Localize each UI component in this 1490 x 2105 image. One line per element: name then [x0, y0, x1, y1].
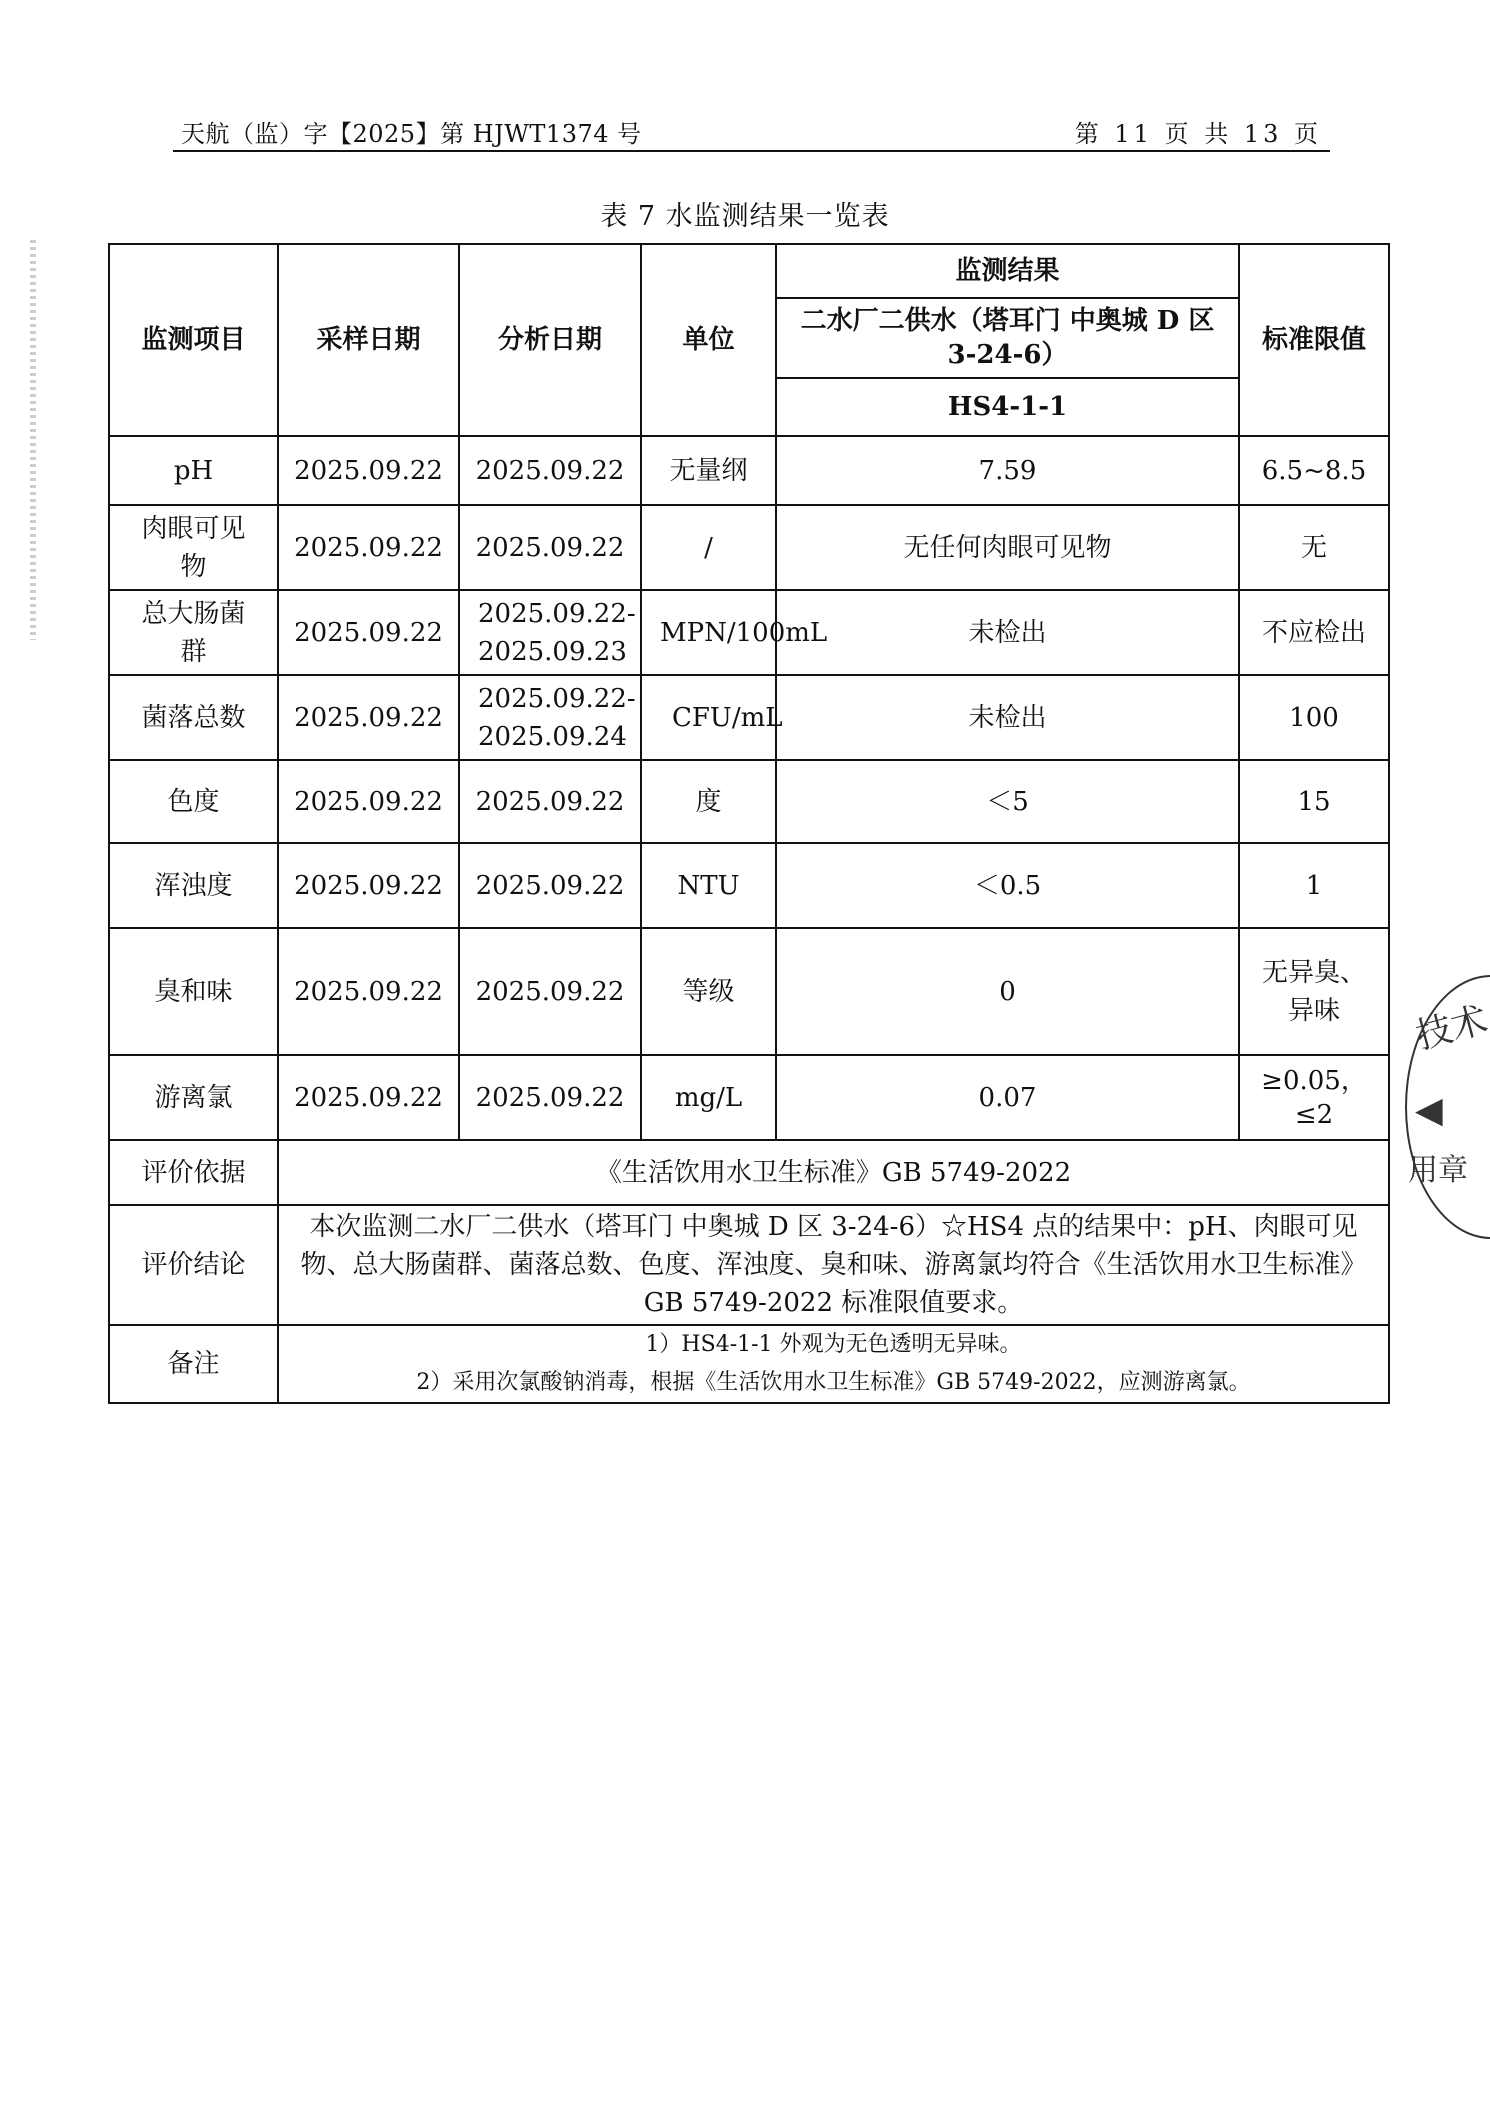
header-item: 监测项目: [109, 244, 278, 436]
cell-sampling-date: 2025.09.22: [278, 505, 459, 590]
cell-result: 未检出: [776, 590, 1239, 675]
water-monitoring-results-table: 监测项目 采样日期 分析日期 单位 监测结果 标准限值 二水厂二供水（塔耳门 中…: [108, 243, 1390, 1404]
page-indicator: 第 11 页 共 13 页: [1075, 114, 1322, 149]
cell-unit: mg/L: [641, 1055, 776, 1140]
remarks-row: 备注 1）HS4-1-1 外观为无色透明无异味。 2）采用次氯酸钠消毒，根据《生…: [109, 1325, 1389, 1403]
cell-unit: 等级: [641, 928, 776, 1055]
cell-unit: NTU: [641, 843, 776, 928]
cell-item: 浑浊度: [109, 843, 278, 928]
cell-item: 菌落总数: [109, 675, 278, 760]
header-result-group: 监测结果: [776, 244, 1239, 298]
cell-analysis-date: 2025.09.22-2025.09.23: [459, 590, 641, 675]
cell-unit: CFU/mL: [641, 675, 776, 760]
table-row: 臭和味 2025.09.22 2025.09.22 等级 0 无异臭、异味: [109, 928, 1389, 1055]
cell-sampling-date: 2025.09.22: [278, 760, 459, 843]
table-row: 浑浊度 2025.09.22 2025.09.22 NTU ＜0.5 1: [109, 843, 1389, 928]
table-row: 菌落总数 2025.09.22 2025.09.22-2025.09.24 CF…: [109, 675, 1389, 760]
stamp-text-bottom: 用章: [1408, 1145, 1468, 1189]
cell-item: 臭和味: [109, 928, 278, 1055]
cell-item: pH: [109, 436, 278, 505]
cell-result: 无任何肉眼可见物: [776, 505, 1239, 590]
cell-result: 未检出: [776, 675, 1239, 760]
cell-analysis-date: 2025.09.22: [459, 760, 641, 843]
cell-result: 0.07: [776, 1055, 1239, 1140]
header-standard: 标准限值: [1239, 244, 1389, 436]
basis-text: 《生活饮用水卫生标准》GB 5749-2022: [278, 1140, 1389, 1205]
conclusion-label: 评价结论: [109, 1205, 278, 1325]
cell-sampling-date: 2025.09.22: [278, 590, 459, 675]
cell-sampling-date: 2025.09.22: [278, 436, 459, 505]
cell-standard: 100: [1239, 675, 1389, 760]
cell-standard: 无: [1239, 505, 1389, 590]
cell-item: 总大肠菌群: [109, 590, 278, 675]
header-unit: 单位: [641, 244, 776, 436]
cell-sampling-date: 2025.09.22: [278, 843, 459, 928]
cell-sampling-date: 2025.09.22: [278, 928, 459, 1055]
cell-result: ＜0.5: [776, 843, 1239, 928]
cell-result: 0: [776, 928, 1239, 1055]
header-sampling-date: 采样日期: [278, 244, 459, 436]
table-row: 肉眼可见物 2025.09.22 2025.09.22 / 无任何肉眼可见物 无: [109, 505, 1389, 590]
cell-item: 游离氯: [109, 1055, 278, 1140]
cell-result: 7.59: [776, 436, 1239, 505]
table-title: 表 7 水监测结果一览表: [0, 194, 1490, 233]
scan-margin-artifact: [30, 240, 36, 640]
cell-analysis-date: 2025.09.22-2025.09.24: [459, 675, 641, 760]
cell-analysis-date: 2025.09.22: [459, 436, 641, 505]
conclusion-text: 本次监测二水厂二供水（塔耳门 中奥城 D 区 3-24-6）☆HS4 点的结果中…: [278, 1205, 1389, 1325]
table-row: 总大肠菌群 2025.09.22 2025.09.22-2025.09.23 M…: [109, 590, 1389, 675]
table-row: 游离氯 2025.09.22 2025.09.22 mg/L 0.07 ≥0.0…: [109, 1055, 1389, 1140]
remark-line: 1）HS4-1-1 外观为无色透明无异味。: [285, 1326, 1382, 1364]
cell-standard: ≥0.05，≤2: [1239, 1055, 1389, 1140]
cell-sampling-date: 2025.09.22: [278, 675, 459, 760]
remark-line: 2）采用次氯酸钠消毒，根据《生活饮用水卫生标准》GB 5749-2022，应测游…: [285, 1364, 1382, 1402]
basis-row: 评价依据 《生活饮用水卫生标准》GB 5749-2022: [109, 1140, 1389, 1205]
cell-analysis-date: 2025.09.22: [459, 928, 641, 1055]
page-header: 天航（监）字【2025】第 HJWT1374 号 第 11 页 共 13 页: [173, 112, 1330, 152]
cell-analysis-date: 2025.09.22: [459, 843, 641, 928]
cell-standard: 不应检出: [1239, 590, 1389, 675]
stamp-star-icon: ◀: [1415, 1090, 1443, 1131]
cell-standard: 无异臭、异味: [1239, 928, 1389, 1055]
cell-unit: /: [641, 505, 776, 590]
cell-analysis-date: 2025.09.22: [459, 1055, 641, 1140]
cell-standard: 1: [1239, 843, 1389, 928]
cell-standard: 6.5~8.5: [1239, 436, 1389, 505]
header-sample-id: HS4-1-1: [776, 378, 1239, 436]
table-row: 色度 2025.09.22 2025.09.22 度 ＜5 15: [109, 760, 1389, 843]
basis-label: 评价依据: [109, 1140, 278, 1205]
cell-unit: MPN/100mL: [641, 590, 776, 675]
cell-item: 肉眼可见物: [109, 505, 278, 590]
cell-unit: 无量纲: [641, 436, 776, 505]
header-analysis-date: 分析日期: [459, 244, 641, 436]
cell-item: 色度: [109, 760, 278, 843]
cell-sampling-date: 2025.09.22: [278, 1055, 459, 1140]
remarks-label: 备注: [109, 1325, 278, 1403]
document-number: 天航（监）字【2025】第 HJWT1374 号: [181, 114, 642, 149]
remarks-cell: 1）HS4-1-1 外观为无色透明无异味。 2）采用次氯酸钠消毒，根据《生活饮用…: [278, 1325, 1389, 1403]
cell-unit: 度: [641, 760, 776, 843]
table-row: pH 2025.09.22 2025.09.22 无量纲 7.59 6.5~8.…: [109, 436, 1389, 505]
cell-result: ＜5: [776, 760, 1239, 843]
cell-standard: 15: [1239, 760, 1389, 843]
header-site: 二水厂二供水（塔耳门 中奥城 D 区 3-24-6）: [776, 298, 1239, 378]
cell-analysis-date: 2025.09.22: [459, 505, 641, 590]
conclusion-row: 评价结论 本次监测二水厂二供水（塔耳门 中奥城 D 区 3-24-6）☆HS4 …: [109, 1205, 1389, 1325]
